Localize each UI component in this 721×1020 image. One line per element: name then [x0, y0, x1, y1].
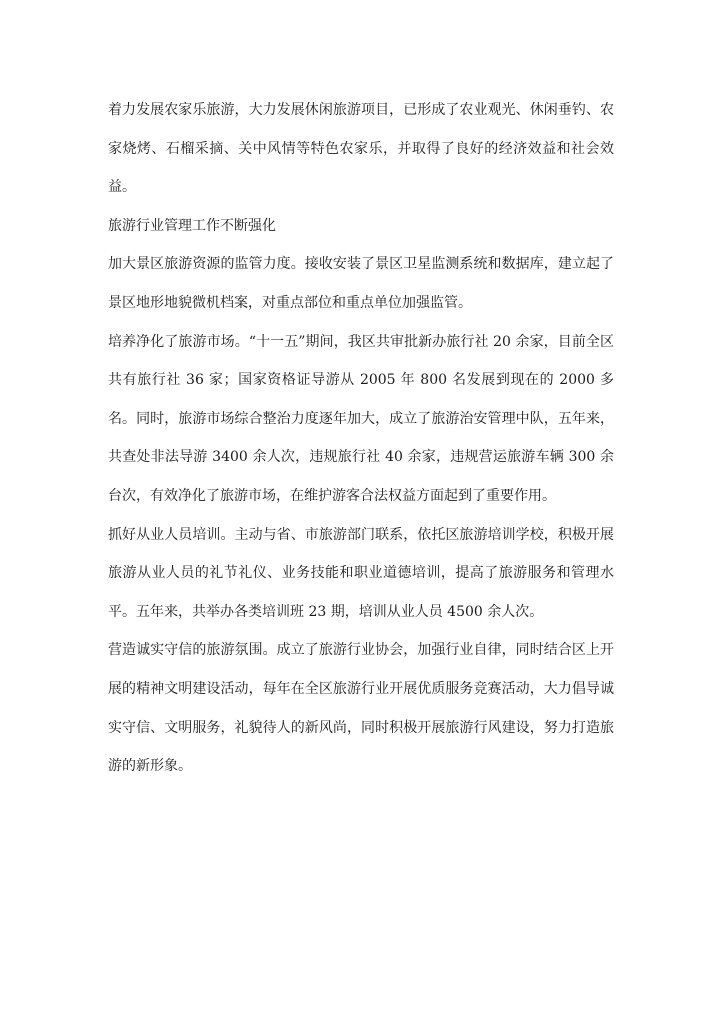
document-page: 着力发展农家乐旅游，大力发展休闲旅游项目，已形成了农业观光、休闲垂钓、农家烧烤、…: [108, 91, 614, 786]
paragraph-scenic-supervision: 加大景区旅游资源的监管力度。接收安装了景区卫星监测系统和数据库，建立起了景区地形…: [108, 245, 614, 322]
paragraph-market-regulation: 培养净化了旅游市场。“十一五”期间，我区共审批新办旅行社 20 余家，目前全区共…: [108, 323, 614, 516]
section-heading-industry-management: 旅游行业管理工作不断强化: [108, 207, 614, 246]
paragraph-farmhouse-tourism: 着力发展农家乐旅游，大力发展休闲旅游项目，已形成了农业观光、休闲垂钓、农家烧烤、…: [108, 91, 614, 207]
paragraph-staff-training: 抓好从业人员培训。主动与省、市旅游部门联系，依托区旅游培训学校，积极开展旅游从业…: [108, 516, 614, 632]
paragraph-integrity-atmosphere: 营造诚实守信的旅游氛围。成立了旅游行业协会，加强行业自律，同时结合区上开展的精神…: [108, 631, 614, 785]
